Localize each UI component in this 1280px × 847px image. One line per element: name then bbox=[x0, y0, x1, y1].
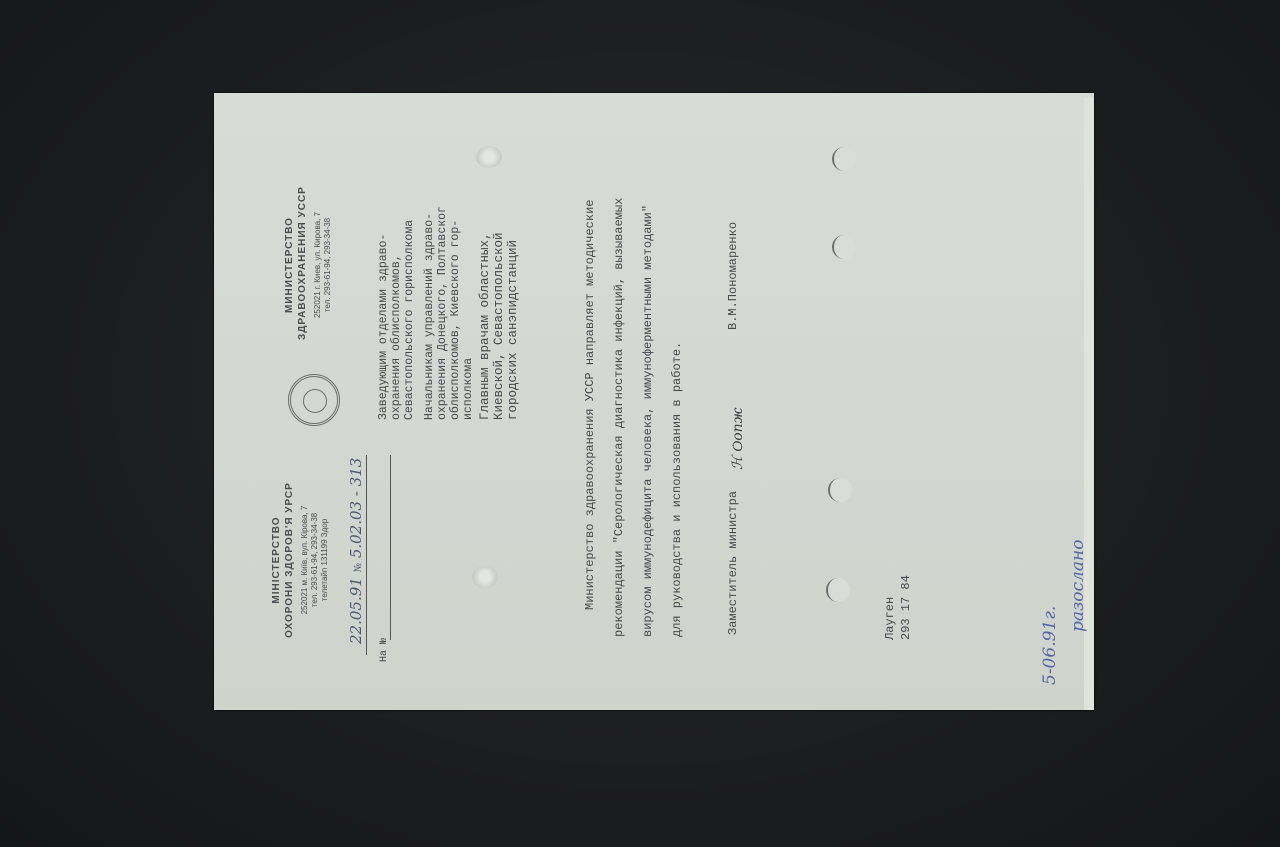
handwritten-date: 5-06.91г. bbox=[1040, 606, 1060, 685]
date-value: 22.05.91 bbox=[347, 577, 365, 644]
punch-mark bbox=[476, 146, 502, 168]
left-title-1: МІНІСТЕРСТВО bbox=[270, 480, 283, 640]
date-underline bbox=[366, 455, 367, 655]
on-no-label: На № bbox=[378, 638, 391, 662]
left-telex: телетайп 131199 Здор bbox=[320, 480, 330, 640]
right-address: 252021 г. Киев, ул. Кирова, 7 bbox=[313, 190, 323, 340]
right-phone: тел. 293-61-94, 293-34-38 bbox=[323, 190, 333, 340]
on-no-line bbox=[390, 455, 391, 640]
signature-title: Заместитель министра bbox=[727, 491, 740, 635]
addressee-block-2: Начальникам управлений здраво- охранения… bbox=[423, 206, 475, 420]
left-title-2: ОХОРОНИ ЗДОРОВ'Я УРСР bbox=[283, 480, 296, 640]
left-address: 252021 м. Київ, вул. Кірова, 7 bbox=[300, 480, 310, 640]
body-line-1: Министерство здравоохранения УССР направ… bbox=[576, 198, 605, 610]
body-line-4: для руководства и использования в работе… bbox=[663, 198, 692, 637]
punch-hole bbox=[826, 578, 850, 602]
punch-hole bbox=[832, 147, 856, 171]
date-ref: 22.05.91 № 5.02.03 - 313 bbox=[347, 458, 365, 644]
executor-phone: 293 17 84 bbox=[900, 575, 913, 640]
punch-hole bbox=[828, 478, 852, 502]
letter-body: Министерство здравоохранения УССР направ… bbox=[576, 198, 692, 610]
left-letterhead: МІНІСТЕРСТВО ОХОРОНИ ЗДОРОВ'Я УРСР 25202… bbox=[270, 480, 330, 640]
punch-hole bbox=[832, 235, 856, 259]
right-title-1: МИНИСТЕРСТВО bbox=[283, 190, 296, 340]
handwritten-note: разослано bbox=[1068, 540, 1088, 632]
signer-name: В.М.Пономаренко bbox=[727, 222, 740, 330]
addressee-block-3: Главным врачам областных, Киевской, Сева… bbox=[478, 232, 520, 420]
ref-number: 5.02.03 - 313 bbox=[347, 458, 365, 559]
state-emblem-icon bbox=[288, 374, 340, 426]
right-letterhead: МИНИСТЕРСТВО ЗДРАВООХРАНЕНИЯ УССР 252021… bbox=[283, 190, 333, 340]
executor-name: Лауген bbox=[884, 597, 897, 640]
signature-scribble: ℋ Ѻоnж bbox=[730, 407, 747, 470]
left-phone: тел. 293-61-94, 293-34-38 bbox=[310, 480, 320, 640]
right-title-2: ЗДРАВООХРАНЕНИЯ УССР bbox=[296, 190, 309, 340]
punch-mark bbox=[472, 566, 498, 588]
body-line-3: вирусом иммунодефицита человека, иммуноф… bbox=[634, 198, 663, 637]
addressee-block-1: Заведующим отделами здраво- охранения об… bbox=[377, 220, 416, 420]
body-line-2: рекомендации "Серологическая диагностика… bbox=[605, 198, 634, 637]
